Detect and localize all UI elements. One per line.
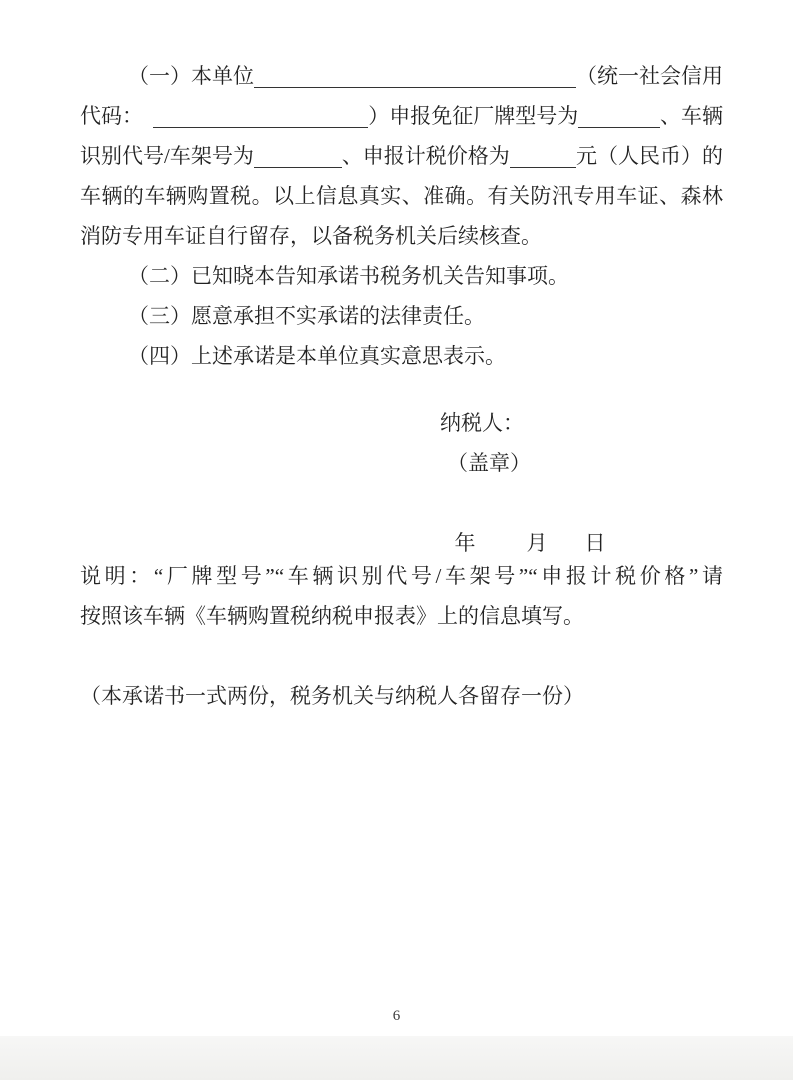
seal-label: （盖章） xyxy=(447,443,531,483)
clause-1-line-5: 消防专用车证自行留存，以备税务机关后续核查。 xyxy=(80,216,723,256)
month-label: 月 xyxy=(527,531,548,555)
fill-in-blank-brand-model xyxy=(578,127,660,128)
taxpayer-label: 纳税人： xyxy=(440,403,524,443)
clause-1-text-after-blank: （统一社会信用 xyxy=(576,56,723,96)
copies-note: （本承诺书一式两份，税务机关与纳税人各留存一份） xyxy=(80,676,740,716)
clause-1-line-4: 车辆的车辆购置税。以上信息真实、准确。有关防汛专用车证、森林 xyxy=(80,176,723,216)
explanation-line-2: 按照该车辆《车辆购置税纳税申报表》上的信息填写。 xyxy=(80,596,723,636)
clause-1-line-1: （一）本单位 （统一社会信用 xyxy=(80,56,723,96)
page-number: 6 xyxy=(0,1008,793,1025)
fill-in-blank-vin xyxy=(254,167,342,168)
explanation-line-1: 说明：“厂牌型号”“车辆识别代号/车架号”“申报计税价格”请 xyxy=(80,556,723,596)
explanation-block: 说明：“厂牌型号”“车辆识别代号/车架号”“申报计税价格”请 按照该车辆《车辆购… xyxy=(80,556,723,636)
clause-1-line-2-end-text: 、车辆 xyxy=(660,96,723,136)
vin-label: 识别代号/车架号为 xyxy=(80,136,254,176)
clause-2: （二）已知晓本告知承诺书税务机关告知事项。 xyxy=(80,256,723,296)
document-page: （一）本单位 （统一社会信用 代码： ）申报免征厂牌型号为 、车辆 识别代号/车… xyxy=(0,0,793,1080)
clause-1-line-2-mid-text: ）申报免征厂牌型号为 xyxy=(368,96,578,136)
commitment-body: （一）本单位 （统一社会信用 代码： ）申报免征厂牌型号为 、车辆 识别代号/车… xyxy=(80,56,723,376)
year-label: 年 xyxy=(455,531,476,555)
day-label: 日 xyxy=(585,531,606,555)
clause-3: （三）愿意承担不实承诺的法律责任。 xyxy=(80,296,723,336)
clause-1-line-2: 代码： ）申报免征厂牌型号为 、车辆 xyxy=(80,96,723,136)
clause-1-line-3-end-text: 元（人民币）的 xyxy=(576,136,723,176)
clause-4: （四）上述承诺是本单位真实意思表示。 xyxy=(80,336,723,376)
fill-in-blank-taxable-price xyxy=(510,167,576,168)
clause-1-text-before-blank: （一）本单位 xyxy=(128,56,254,96)
fill-in-blank-credit-code xyxy=(153,127,368,128)
scan-artifact-strip xyxy=(0,1036,793,1080)
clause-1-line-3: 识别代号/车架号为 、申报计税价格为 元（人民币）的 xyxy=(80,136,723,176)
fill-in-blank-unit-name xyxy=(254,87,576,88)
taxable-price-label: 、申报计税价格为 xyxy=(342,136,510,176)
credit-code-label: 代码： xyxy=(80,96,143,136)
